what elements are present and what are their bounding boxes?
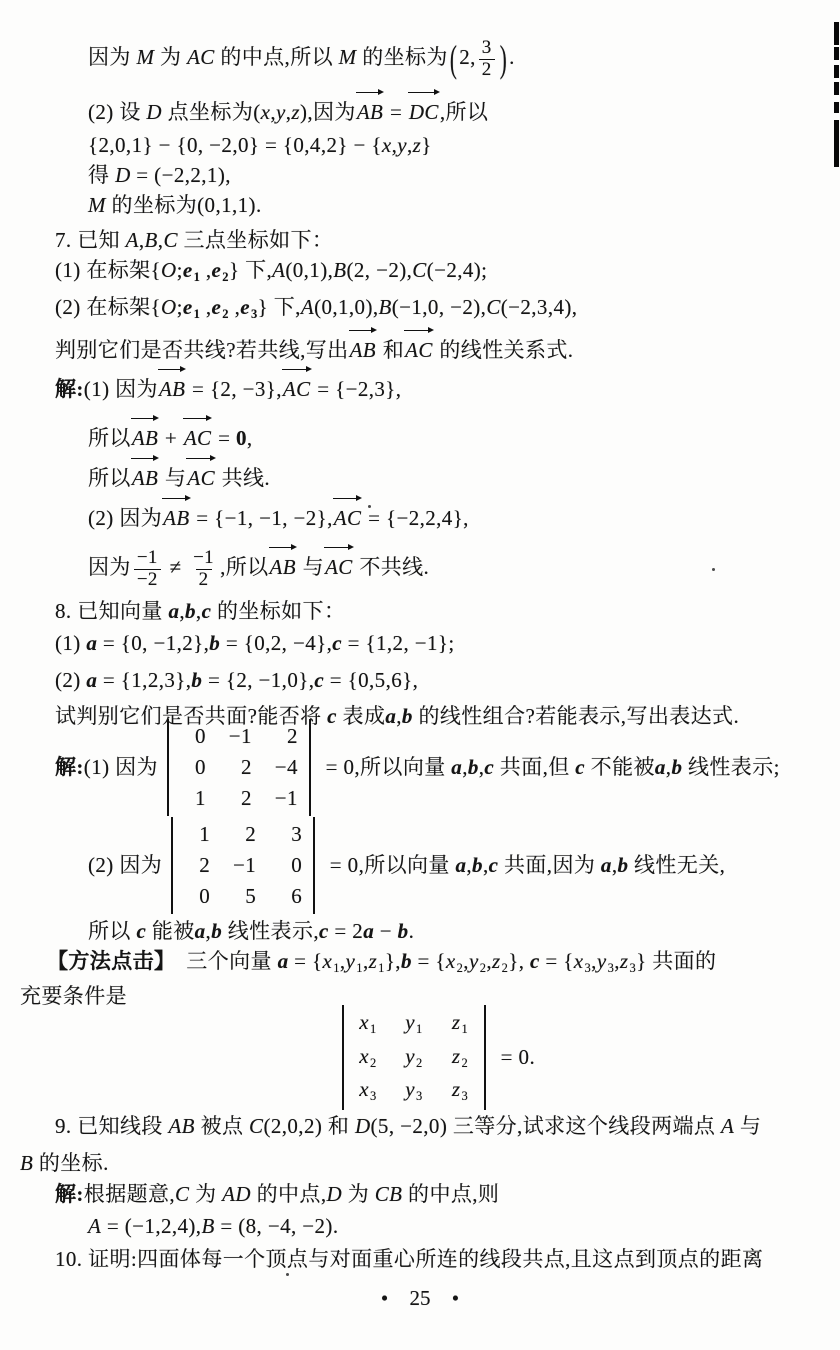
numerator: −1: [190, 548, 217, 569]
text-run: 为: [189, 1182, 222, 1206]
text-run: ,: [200, 295, 211, 319]
text-run: 线性表示;: [682, 753, 779, 781]
text-run: x: [574, 949, 584, 973]
text-run: 因为: [88, 45, 136, 69]
vector-symbol: c: [530, 949, 540, 973]
math-symbol: C: [249, 1114, 263, 1138]
vector-symbol: c: [489, 851, 499, 879]
vector-with-arrow: AB: [349, 336, 377, 364]
text-run: (0,1,0),: [314, 295, 378, 319]
math-symbol: A: [126, 228, 139, 252]
text-run: 三个向量: [165, 949, 278, 973]
text-run: ),因为: [300, 100, 356, 124]
d-result-line: 得 D = (−2,2,1),: [88, 161, 231, 189]
fraction: −12: [190, 548, 217, 591]
vector-with-arrow: AC: [404, 336, 434, 364]
text-run: ,: [247, 426, 253, 450]
vector-symbol: c: [319, 919, 329, 943]
text-run: .: [409, 919, 415, 943]
subscript: 1: [356, 961, 363, 975]
determinant-cell: −1: [230, 854, 256, 877]
text-run: x: [359, 1010, 369, 1034]
subscripted-symbol: z1: [369, 949, 385, 973]
text-run: = {−1, −1, −2},: [191, 506, 333, 530]
text-run: (0,1),: [285, 258, 333, 282]
subscripted-symbol: x1: [323, 949, 340, 973]
determinant-cell: 1: [184, 823, 210, 846]
subscripted-symbol: y3: [597, 949, 614, 973]
determinant-cell: 2: [230, 823, 256, 846]
subscripted-symbol: e1: [183, 295, 200, 319]
text-run: y: [346, 949, 356, 973]
math-symbol: O: [161, 258, 177, 282]
text-run: ≠: [164, 555, 187, 579]
text-run: ,所以: [440, 100, 488, 124]
text-run: ,所以: [220, 555, 268, 579]
math-symbol: AC: [187, 45, 215, 69]
math-symbol: B: [379, 295, 392, 319]
vector-with-arrow: AB: [131, 464, 159, 492]
math-symbol: A: [721, 1114, 734, 1138]
denominator: −2: [134, 569, 161, 591]
math-symbol: M: [88, 193, 106, 217]
subscript: 3: [251, 307, 258, 321]
scan-mark: [834, 65, 839, 78]
problem-10-line: 10. 证明:四面体每一个顶点与对面重心所连的线段共点,且这点到顶点的距离: [55, 1245, 763, 1273]
determinant-cell: y3: [401, 1078, 427, 1104]
text-run: 因为: [88, 555, 131, 579]
math-symbol: D: [355, 1114, 371, 1138]
vector-symbol: b: [617, 851, 628, 879]
text-run: = 0,所以向量: [320, 753, 451, 781]
subscript: 1: [333, 961, 340, 975]
text-run: 共面,因为: [498, 851, 601, 879]
text-run: 不共线.: [354, 555, 430, 579]
math-symbol: B: [20, 1151, 33, 1175]
vector-with-arrow: AC: [333, 504, 363, 532]
text-run: −: [374, 919, 398, 943]
vector-with-arrow: AC: [186, 464, 216, 492]
vector-symbol: a: [86, 668, 97, 692]
text-run: e: [212, 258, 222, 282]
vector-symbol: a: [455, 851, 466, 879]
text-run: = 0.: [495, 1043, 535, 1071]
subscripted-symbol: e2: [212, 295, 229, 319]
math-symbol: A: [88, 1214, 101, 1238]
text-run: = {0,5,6},: [324, 668, 418, 692]
fraction: −1−2: [134, 548, 161, 591]
vector-symbol: a: [168, 599, 179, 623]
text-run: 不能被: [585, 753, 655, 781]
determinant-cell: y1: [401, 1011, 427, 1037]
bold-text: 0: [236, 426, 247, 450]
m-result-line: M 的坐标为(0,1,1).: [88, 191, 262, 219]
determinant-cell: 6: [276, 885, 302, 908]
text-run: (1): [55, 631, 86, 655]
text-run: = {−2,3},: [312, 377, 402, 401]
text-run: +: [159, 426, 183, 450]
math-symbol: D: [146, 100, 162, 124]
text-run: 线性无关,: [628, 851, 725, 879]
text-run: y: [405, 1044, 415, 1068]
text-run: (−1,0, −2),: [392, 295, 487, 319]
scan-mark: [834, 22, 839, 45]
determinant-cell: −1: [226, 725, 252, 748]
determinant-cell: x1: [355, 1011, 381, 1037]
solution-7-ratio-line: 因为−1−2 ≠ −12,所以AB 与AC 不共线.: [88, 548, 429, 591]
math-symbol: AB: [168, 1114, 194, 1138]
math-symbol: M: [136, 45, 154, 69]
bold-text: 【方法点击】: [47, 949, 165, 973]
scan-speck: [368, 505, 371, 508]
vector-with-arrow: AC: [282, 375, 312, 403]
text-run: =: [384, 100, 408, 124]
text-run: 的中点,则: [402, 1182, 499, 1206]
scan-mark: [834, 82, 839, 95]
vector-symbol: a: [451, 753, 462, 781]
text-run: 点坐标为(: [162, 100, 261, 124]
text-run: e: [212, 295, 222, 319]
subscript: 1: [370, 1022, 377, 1036]
problem-7-heading: 7. 已知 A,B,C 三点坐标如下：: [55, 226, 333, 254]
vector-symbol: b: [398, 919, 409, 943]
text-run: = (8, −4, −2).: [215, 1214, 339, 1238]
text-run: z: [452, 1077, 461, 1101]
subscript: 2: [370, 1056, 377, 1070]
text-run: (2): [55, 668, 86, 692]
text-run: (2,0,2) 和: [263, 1114, 355, 1138]
math-symbol: C: [163, 228, 177, 252]
scan-speck: [286, 1273, 289, 1276]
fraction: 32: [479, 38, 495, 81]
solution-7-case2-vectors: (2) 因为AB = {−1, −1, −2},AC = {−2,2,4},: [88, 504, 469, 532]
vector-symbol: a: [655, 753, 666, 781]
subscripted-symbol: y2: [469, 949, 486, 973]
determinant-cell: 0: [184, 885, 210, 908]
text-run: 2,: [459, 45, 476, 69]
text-run: = {0, −1,2},: [97, 631, 209, 655]
text-run: 充要条件是: [20, 984, 127, 1008]
text-run: = {2, −3},: [186, 377, 282, 401]
vector-symbol: b: [401, 949, 412, 973]
scanned-textbook-page: 因为 M 为 AC 的中点,所以 M 的坐标为(2,32). (2) 设 D 点…: [0, 0, 840, 1350]
text-run: 的中点,: [251, 1182, 327, 1206]
problem-7-case1: (1) 在标架{O;e1 ,e2} 下,A(0,1),B(2, −2),C(−2…: [55, 256, 487, 286]
numerator: 3: [479, 38, 495, 59]
determinant-cell: z1: [447, 1011, 473, 1037]
text-run: = {: [412, 949, 446, 973]
math-symbol: y: [397, 133, 407, 157]
vector-symbol: a: [363, 919, 374, 943]
determinant-cell: 2: [226, 787, 252, 810]
text-run: 被点: [195, 1114, 249, 1138]
math-symbol: z: [291, 100, 300, 124]
subscripted-symbol: e2: [212, 258, 229, 282]
text-run: 9. 已知线段: [55, 1114, 168, 1138]
determinant: x1y1z1x2y2z2x3y3z3: [342, 1005, 486, 1110]
subscript: 1: [378, 961, 385, 975]
subscripted-symbol: e3: [240, 295, 257, 319]
determinant-cell: −1: [272, 787, 298, 810]
subscript: 2: [416, 1056, 423, 1070]
subscript: 1: [461, 1022, 468, 1036]
math-symbol: CB: [375, 1182, 403, 1206]
subscript: 3: [416, 1089, 423, 1103]
subscripted-symbol: x3: [574, 949, 591, 973]
vector-with-arrow: AB: [158, 375, 186, 403]
math-symbol: z: [413, 133, 422, 157]
big-left-paren: (: [450, 34, 457, 85]
determinant-cell: 1: [180, 787, 206, 810]
bold-text: 解:: [55, 753, 84, 781]
text-run: 的坐标.: [33, 1151, 109, 1175]
subscript: 2: [222, 307, 229, 321]
math-symbol: B: [333, 258, 346, 282]
solution-7-case1-vectors: 解:(1) 因为AB = {2, −3},AC = {−2,3},: [55, 375, 401, 403]
solution-7-collinear-line: 所以AB 与AC 共线.: [88, 464, 270, 492]
subscripted-symbol: x2: [446, 949, 463, 973]
solution-8-case2-determinant-line: (2) 因为1232−10056 = 0,所以向量 a,b,c 共面,因为 a,…: [88, 817, 725, 914]
text-run: },: [508, 949, 530, 973]
determinant-cell: x3: [355, 1078, 381, 1104]
text-run: y: [405, 1010, 415, 1034]
vector-symbol: c: [314, 668, 324, 692]
math-symbol: O: [161, 295, 177, 319]
text-run: e: [183, 258, 193, 282]
text-run: x: [359, 1077, 369, 1101]
text-run: }: [421, 133, 431, 157]
denominator: 2: [196, 569, 212, 591]
vector-symbol: b: [671, 753, 682, 781]
text-run: 和: [377, 338, 404, 362]
text-run: 所以: [88, 466, 131, 490]
text-run: } 下,: [229, 258, 272, 282]
text-run: z: [492, 949, 501, 973]
method-note-line: 【方法点击】 三个向量 a = {x1,y1,z1},b = {x2,y2,z2…: [47, 947, 716, 977]
determinant-cell: 5: [230, 885, 256, 908]
vector-with-arrow: AB: [269, 553, 297, 581]
determinant-cell: x2: [355, 1045, 381, 1071]
determinant: 1232−10056: [171, 817, 315, 914]
determinant-cell: z2: [447, 1045, 473, 1071]
text-run: ,: [200, 258, 211, 282]
vector-with-arrow: AC: [183, 424, 213, 452]
math-symbol: D: [326, 1182, 342, 1206]
text-run: x: [323, 949, 333, 973]
problem-8-heading: 8. 已知向量 a,b,c 的坐标如下：: [55, 597, 345, 625]
text-run: 与: [297, 555, 324, 579]
text-run: y: [405, 1077, 415, 1101]
text-run: 三点坐标如下：: [178, 228, 333, 252]
text-run: {2,0,1} − {0, −2,0} = {0,4,2} − {: [88, 133, 382, 157]
problem-8-case2: (2) a = {1,2,3},b = {2, −1,0},c = {0,5,6…: [55, 666, 418, 694]
solution-9-line: 解:根据题意,C 为 AD 的中点,D 为 CB 的中点,则: [55, 1180, 499, 1208]
coplanarity-determinant-line: x1y1z1x2y2z2x3y3z3 = 0.: [333, 1005, 535, 1110]
text-run: 所以: [88, 426, 131, 450]
text-run: .: [509, 45, 515, 69]
math-symbol: x: [382, 133, 392, 157]
text-run: (1) 因为: [84, 377, 158, 401]
vector-symbol: a: [195, 919, 206, 943]
text-run: 判别它们是否共线?若共线,写出: [55, 338, 349, 362]
math-symbol: A: [301, 295, 314, 319]
text-run: 得: [88, 163, 115, 187]
subscript: 3: [370, 1089, 377, 1103]
problem-7-case2: (2) 在标架{O;e1 ,e2 ,e3} 下,A(0,1,0),B(−1,0,…: [55, 293, 577, 323]
math-symbol: D: [115, 163, 131, 187]
text-run: 为: [154, 45, 187, 69]
scan-mark: [834, 102, 839, 113]
vector-with-arrow: AC: [324, 553, 354, 581]
text-run: 的坐标为: [357, 45, 448, 69]
text-run: },: [385, 949, 401, 973]
solution-7-sum-line: 所以AB + AC = 0,: [88, 424, 253, 452]
scan-speck: [573, 1122, 576, 1125]
text-run: = 0,所以向量: [324, 851, 455, 879]
math-symbol: B: [145, 228, 158, 252]
math-symbol: x: [261, 100, 271, 124]
vector-symbol: c: [136, 919, 146, 943]
problem-9-line1: 9. 已知线段 AB 被点 C(2,0,2) 和 D(5, −2,0) 三等分,…: [55, 1112, 761, 1140]
text-run: z: [452, 1010, 461, 1034]
vector-with-arrow: AB: [162, 504, 190, 532]
math-symbol: C: [175, 1182, 189, 1206]
text-run: 与: [734, 1114, 761, 1138]
page-number: • 25 •: [0, 1286, 840, 1311]
vector-with-arrow: AB: [356, 98, 384, 126]
math-symbol: C: [412, 258, 426, 282]
text-run: } 共面的: [636, 949, 716, 973]
text-run: = 2: [329, 919, 363, 943]
text-run: 所以: [88, 919, 136, 943]
text-run: ,: [229, 295, 240, 319]
text-run: = (−2,2,1),: [131, 163, 231, 187]
text-run: (2) 在标架{: [55, 295, 161, 319]
vector-symbol: a: [278, 949, 289, 973]
numerator: −1: [134, 548, 161, 569]
solution-8-case1-determinant-line: 解:(1) 因为0−1202−412−1 = 0,所以向量 a,b,c 共面,但…: [55, 719, 780, 816]
vector-symbol: b: [472, 851, 483, 879]
determinant-cell: 2: [272, 725, 298, 748]
bold-text: 解:: [55, 1182, 84, 1206]
text-run: z: [452, 1044, 461, 1068]
text-run: =: [212, 426, 236, 450]
text-run: 线性表示,: [222, 919, 319, 943]
math-symbol: M: [339, 45, 357, 69]
text-run: (−2,4);: [427, 258, 488, 282]
bold-text: 解:: [55, 377, 84, 401]
text-run: 为: [342, 1182, 375, 1206]
problem-8-case1: (1) a = {0, −1,2},b = {0,2, −4},c = {1,2…: [55, 629, 455, 657]
text-run: 能被: [146, 919, 194, 943]
text-run: = {1,2, −1};: [342, 631, 455, 655]
text-run: z: [369, 949, 378, 973]
text-run: (2, −2),: [346, 258, 412, 282]
subscripted-symbol: y1: [346, 949, 363, 973]
problem-9-line2: B 的坐标.: [20, 1149, 109, 1177]
vector-equation-line: {2,0,1} − {0, −2,0} = {0,4,2} − {x,y,z}: [88, 131, 432, 159]
text-run: 与: [159, 466, 186, 490]
text-run: = (−1,2,4),: [101, 1214, 201, 1238]
text-run: z: [620, 949, 629, 973]
text-run: (2) 设: [88, 100, 146, 124]
solution-8-conclusion-line: 所以 c 能被a,b 线性表示,c = 2a − b.: [88, 917, 414, 945]
big-right-paren: ): [500, 34, 507, 85]
subscripted-symbol: z2: [492, 949, 508, 973]
vector-symbol: c: [332, 631, 342, 655]
solution-9-result: A = (−1,2,4),B = (8, −4, −2).: [88, 1212, 338, 1240]
scan-speck: [712, 568, 715, 571]
determinant-cell: 0: [276, 854, 302, 877]
text-run: (1) 因为: [84, 753, 158, 781]
vector-symbol: c: [484, 753, 494, 781]
vector-symbol: b: [185, 599, 196, 623]
subscript: 3: [461, 1089, 468, 1103]
determinant-cell: y2: [401, 1045, 427, 1071]
determinant-cell: −4: [272, 756, 298, 779]
text-run: 的中点,所以: [215, 45, 339, 69]
text-run: (5, −2,0) 三等分,试求这个线段两端点: [371, 1114, 721, 1138]
denominator: 2: [479, 59, 495, 81]
text-run: y: [469, 949, 479, 973]
vector-with-arrow: AB: [131, 424, 159, 452]
text-run: (1) 在标架{: [55, 258, 161, 282]
method-note-continuation: 充要条件是: [20, 982, 127, 1010]
text-run: (2) 因为: [88, 851, 162, 879]
text-run: 7. 已知: [55, 228, 126, 252]
m-midpoint-line: 因为 M 为 AC 的中点,所以 M 的坐标为(2,32).: [88, 38, 515, 81]
text-run: e: [240, 295, 250, 319]
determinant-cell: 0: [180, 725, 206, 748]
subscript: 1: [416, 1022, 423, 1036]
determinant-cell: 3: [276, 823, 302, 846]
text-run: = {−2,2,4},: [362, 506, 468, 530]
math-symbol: C: [486, 295, 500, 319]
text-run: x: [446, 949, 456, 973]
subscripted-symbol: e1: [183, 258, 200, 282]
vector-symbol: b: [211, 919, 222, 943]
text-run: = {: [540, 949, 574, 973]
vector-symbol: b: [191, 668, 202, 692]
text-run: 8. 已知向量: [55, 599, 168, 623]
math-symbol: A: [272, 258, 285, 282]
vector-symbol: c: [575, 753, 585, 781]
scan-mark: [834, 120, 839, 167]
determinant-cell: 2: [226, 756, 252, 779]
problem-7-question: 判别它们是否共线?若共线,写出AB 和AC 的线性关系式.: [55, 336, 573, 364]
text-run: 的坐标如下：: [211, 599, 345, 623]
vector-symbol: b: [468, 753, 479, 781]
text-run: y: [597, 949, 607, 973]
text-run: 共面,但: [494, 753, 575, 781]
vector-symbol: b: [209, 631, 220, 655]
text-run: = {: [288, 949, 322, 973]
vector-with-arrow: DC: [408, 98, 440, 126]
text-run: = {0,2, −4},: [220, 631, 332, 655]
text-run: (2) 因为: [88, 506, 162, 530]
text-run: 10. 证明:四面体每一个顶点与对面重心所连的线段共点,且这点到顶点的距离: [55, 1247, 763, 1271]
vector-symbol: a: [601, 851, 612, 879]
text-run: 共线.: [216, 466, 270, 490]
text-run: 的线性关系式.: [434, 338, 574, 362]
text-run: 的坐标为(0,1,1).: [106, 193, 262, 217]
subscripted-symbol: z3: [620, 949, 636, 973]
part2-setup-line: (2) 设 D 点坐标为(x,y,z),因为AB = DC,所以: [88, 98, 488, 126]
math-symbol: B: [201, 1214, 214, 1238]
vector-symbol: c: [202, 599, 212, 623]
text-run: = {1,2,3},: [97, 668, 191, 692]
text-run: } 下,: [258, 295, 301, 319]
